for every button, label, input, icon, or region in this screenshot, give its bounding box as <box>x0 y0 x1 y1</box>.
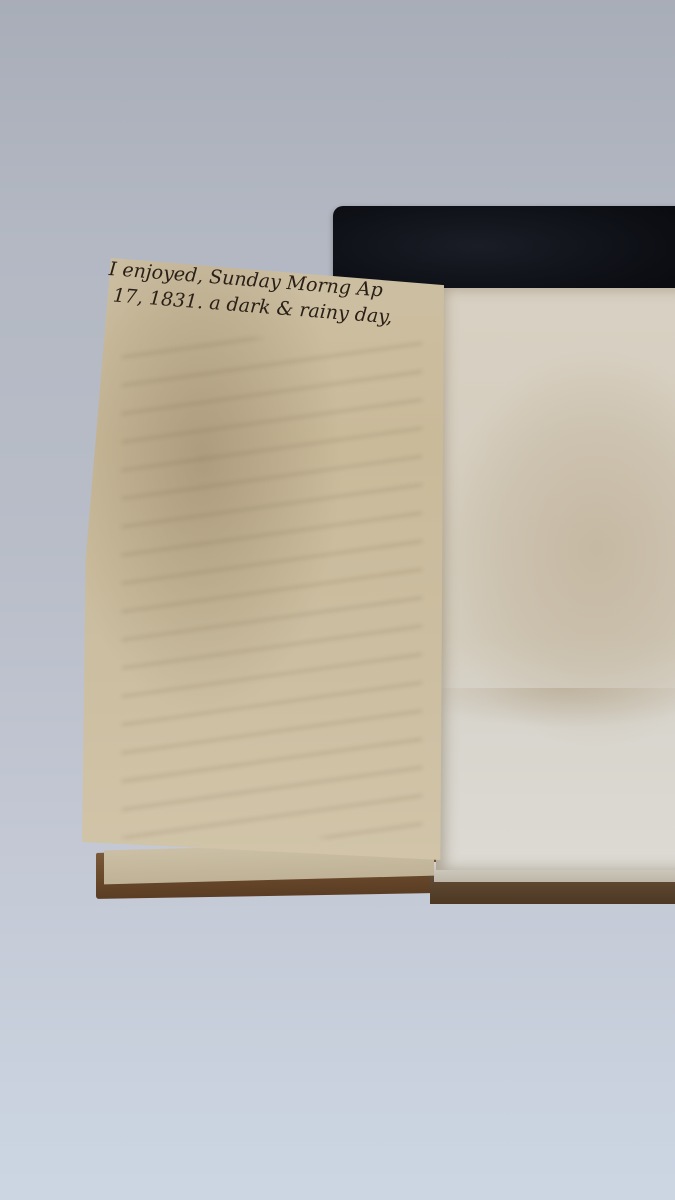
water-stain <box>436 688 675 728</box>
left-page-leaf <box>82 258 444 860</box>
photo-scene: I enjoyed, Sunday Morng Ap 17, 1831. a d… <box>0 0 675 1200</box>
right-page-blank <box>436 288 675 870</box>
bleed-through-text <box>122 338 422 838</box>
